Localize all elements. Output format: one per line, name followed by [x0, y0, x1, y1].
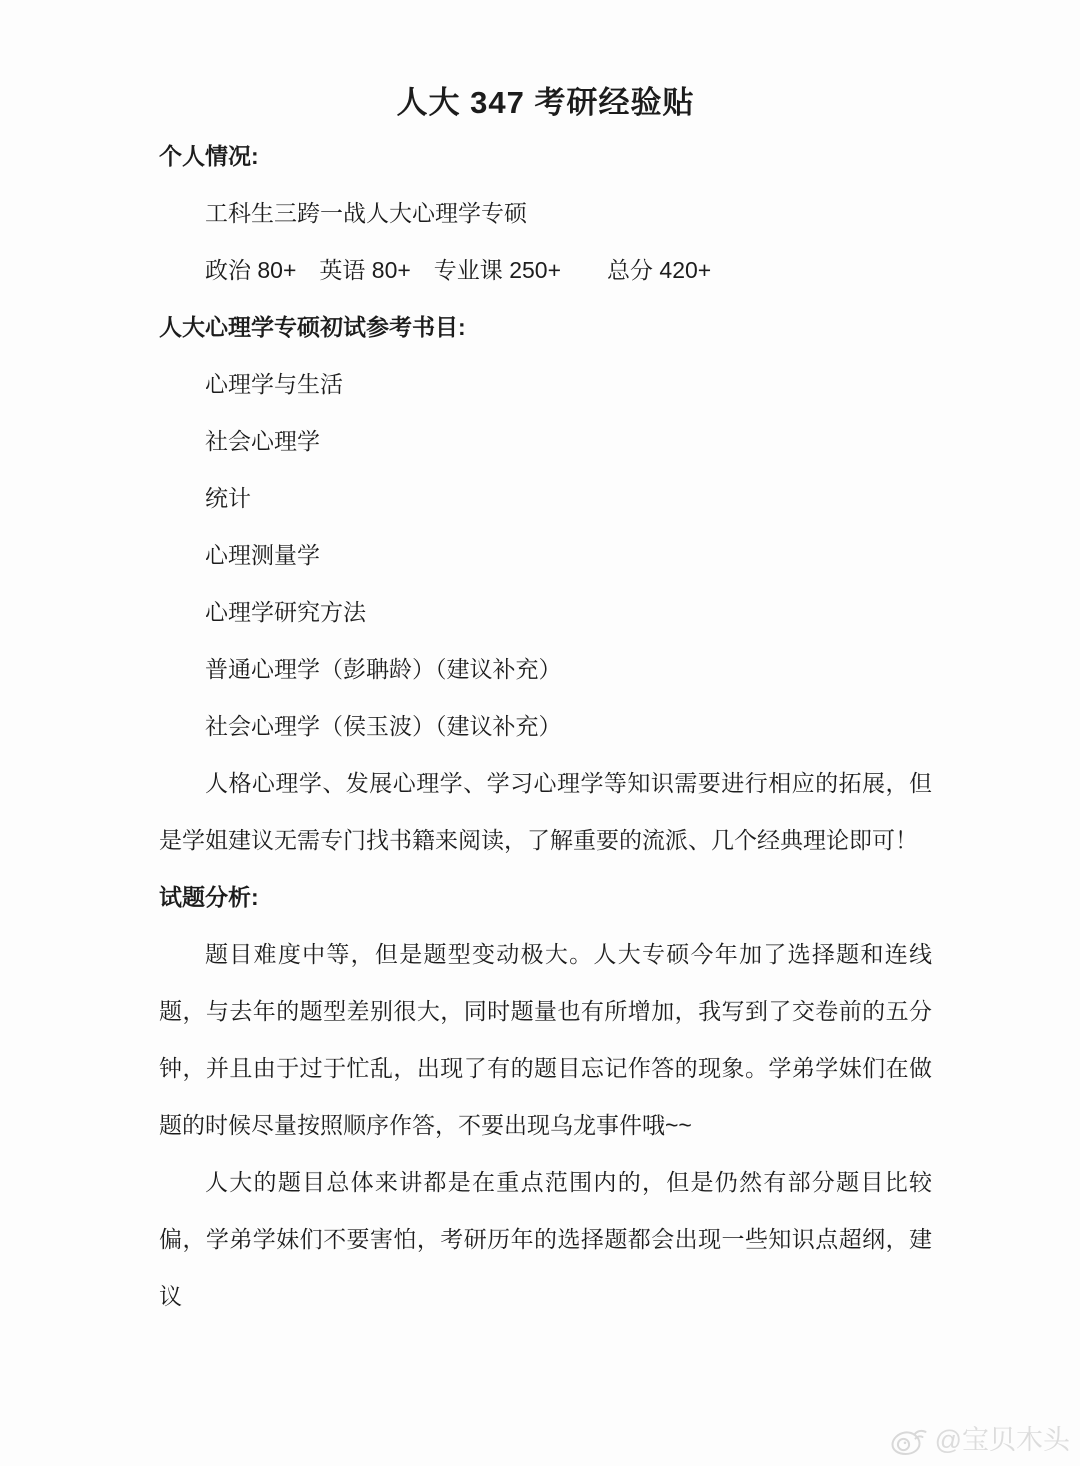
section-heading-personal-info: 个人情况:	[159, 128, 932, 185]
paragraph-booklist-note: 人格心理学、发展心理学、学习心理学等知识需要进行相应的拓展，但是学姐建议无需专门…	[159, 755, 932, 869]
watermark-handle: @宝贝木头	[935, 1423, 1070, 1457]
book-item: 心理学研究方法	[159, 584, 932, 641]
paragraph-exam-analysis-2: 人大的题目总体来讲都是在重点范围内的，但是仍然有部分题目比较偏，学弟学妹们不要害…	[159, 1154, 932, 1325]
document-page: 人大 347 考研经验贴 个人情况: 工科生三跨一战人大心理学专硕 政治 80+…	[0, 0, 1080, 1466]
book-item: 心理测量学	[159, 527, 932, 584]
paragraph-exam-analysis-1: 题目难度中等，但是题型变动极大。人大专硕今年加了选择题和连线题，与去年的题型差别…	[159, 926, 932, 1154]
book-item: 统计	[159, 470, 932, 527]
book-item: 心理学与生活	[159, 356, 932, 413]
page-title: 人大 347 考研经验贴	[159, 77, 932, 128]
document-content: 人大 347 考研经验贴 个人情况: 工科生三跨一战人大心理学专硕 政治 80+…	[0, 0, 1080, 1325]
book-item: 社会心理学（侯玉波）（建议补充）	[159, 698, 932, 755]
watermark: @宝贝木头	[889, 1423, 1070, 1457]
book-item: 普通心理学（彭聃龄）（建议补充）	[159, 641, 932, 698]
paragraph-background: 工科生三跨一战人大心理学专硕	[159, 185, 932, 242]
book-item: 社会心理学	[159, 413, 932, 470]
weibo-icon	[889, 1423, 930, 1457]
section-heading-exam-analysis: 试题分析:	[159, 869, 932, 926]
paragraph-scores: 政治 80+ 英语 80+ 专业课 250+ 总分 420+	[159, 242, 932, 299]
section-heading-booklist: 人大心理学专硕初试参考书目:	[159, 299, 932, 356]
